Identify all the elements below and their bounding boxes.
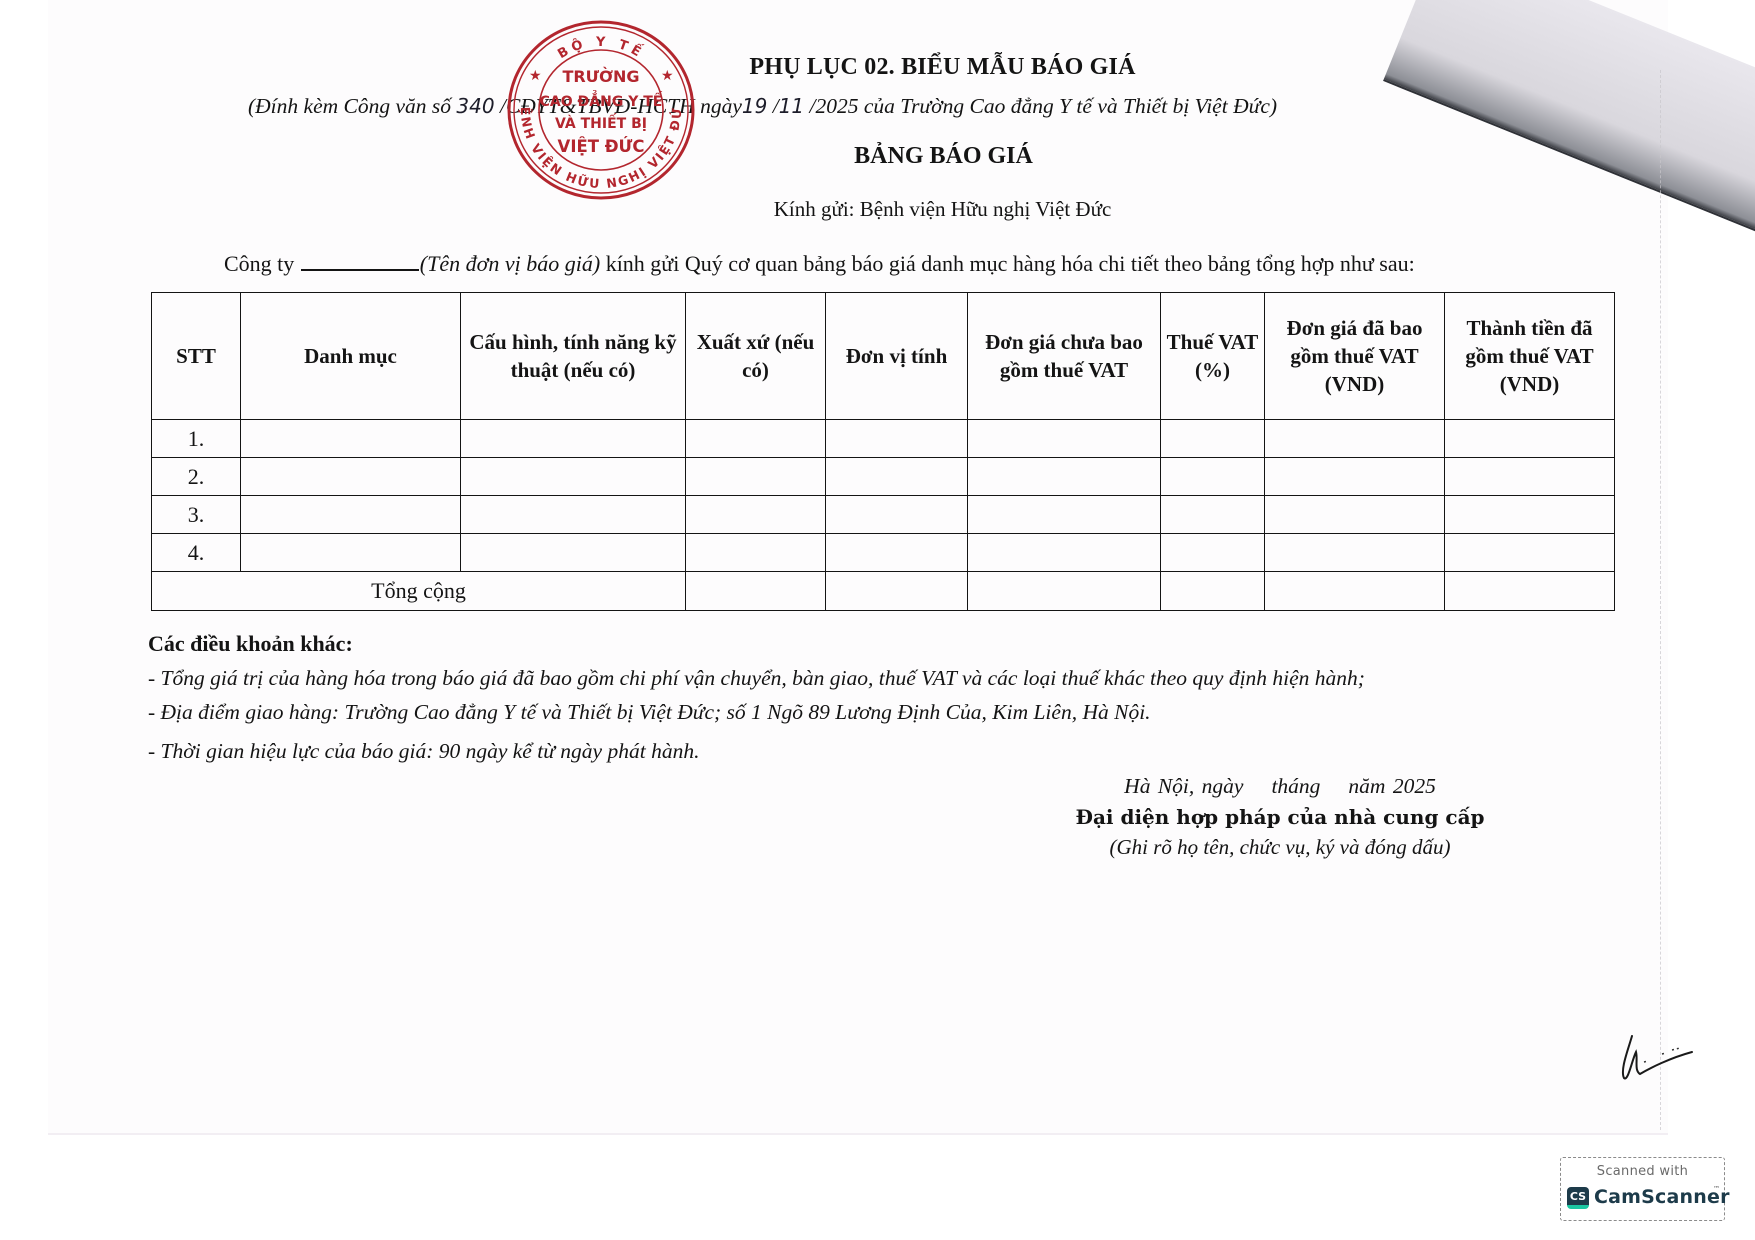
table-cell [241, 534, 461, 572]
header-stt: STT [152, 293, 241, 420]
table-cell [968, 458, 1161, 496]
table-cell [1161, 420, 1265, 458]
company-label: Công ty [224, 251, 300, 276]
attachment-prefix: (Đính kèm Công văn số [248, 94, 456, 118]
place-date-line: Hà Nội, ngàythángnăm 2025 [1030, 774, 1530, 799]
recipient-line: Kính gửi: Bệnh viện Hữu nghị Việt Đức [0, 197, 1755, 222]
table-cell [968, 534, 1161, 572]
term-item: - Thời gian hiệu lực của báo giá: 90 ngà… [148, 739, 699, 764]
intro-paragraph: Công ty (Tên đơn vị báo giá) kính gửi Qu… [224, 251, 1415, 277]
terms-heading: Các điều khoản khác: [148, 631, 353, 657]
row-stt: 4. [152, 534, 241, 572]
table-cell [1445, 458, 1615, 496]
header-origin: Xuất xứ (nếu có) [686, 293, 826, 420]
page-fold-line [1660, 70, 1661, 1130]
table-cell [461, 496, 686, 534]
appendix-title: PHỤ LỤC 02. BIỂU MẪU BÁO GIÁ [0, 54, 1755, 81]
official-stamp-icon: BỘ Y TẾ BỆNH VIỆN HỮU NGHỊ VIỆT ĐỨC ★ ★ … [505, 18, 697, 202]
table-cell [686, 420, 826, 458]
total-cell [968, 572, 1161, 611]
total-cell [1265, 572, 1445, 611]
table-cell [1445, 534, 1615, 572]
total-cell [826, 572, 968, 611]
table-header-row: STT Danh mục Cấu hình, tính năng kỹ thuậ… [152, 293, 1615, 420]
company-placeholder: (Tên đơn vị báo giá) [420, 251, 600, 276]
handwritten-month: 11 [779, 94, 804, 118]
table-cell [1161, 458, 1265, 496]
table-cell [826, 458, 968, 496]
header-unit-price-incl-vat: Đơn giá đã bao gồm thuế VAT (VND) [1265, 293, 1445, 420]
table-cell [968, 496, 1161, 534]
total-cell [1161, 572, 1265, 611]
table-cell [461, 534, 686, 572]
total-cell [686, 572, 826, 611]
signature-block: Hà Nội, ngàythángnăm 2025 Đại diện hợp p… [1030, 774, 1530, 860]
table-cell [1445, 496, 1615, 534]
header-total-incl-vat: Thành tiền đã gồm thuế VAT (VND) [1445, 293, 1615, 420]
svg-text:TRƯỜNG: TRƯỜNG [562, 67, 639, 86]
month-label: tháng [1271, 774, 1320, 798]
term-item: - Địa điểm giao hàng: Trường Cao đẳng Y … [148, 700, 1151, 725]
table-cell [826, 496, 968, 534]
header-unit-price-excl-vat: Đơn giá chưa bao gồm thuế VAT [968, 293, 1161, 420]
table-row: 1. [152, 420, 1615, 458]
table-cell [241, 496, 461, 534]
signatory-role: Đại diện hợp pháp của nhà cung cấp [1030, 805, 1530, 829]
handwritten-initial-icon [1610, 1030, 1700, 1090]
row-stt: 2. [152, 458, 241, 496]
svg-text:★: ★ [529, 68, 542, 84]
table-cell [1265, 534, 1445, 572]
table-row: 4. [152, 534, 1615, 572]
attachment-suffix: /2025 của Trường Cao đẳng Y tế và Thiết … [804, 94, 1277, 118]
table-cell [968, 420, 1161, 458]
year-label: năm 2025 [1348, 774, 1435, 798]
scanned-with-label: Scanned with [1561, 1164, 1724, 1179]
signature-instructions: (Ghi rõ họ tên, chức vụ, ký và đóng dấu) [1030, 835, 1530, 860]
header-specification: Cấu hình, tính năng kỹ thuật (nếu có) [461, 293, 686, 420]
table-cell [826, 420, 968, 458]
table-cell [461, 458, 686, 496]
handwritten-day: 19 [742, 94, 767, 118]
svg-text:★: ★ [661, 68, 674, 84]
table-cell [1445, 420, 1615, 458]
term-item: - Tổng giá trị của hàng hóa trong báo gi… [148, 666, 1365, 691]
svg-text:VÀ THIẾT BỊ: VÀ THIẾT BỊ [555, 113, 647, 132]
quote-table: STT Danh mục Cấu hình, tính năng kỹ thuậ… [151, 292, 1615, 611]
camscanner-watermark: Scanned with CS CamScanner ™ [1560, 1157, 1725, 1221]
table-cell [1161, 496, 1265, 534]
date-separator: / [767, 94, 778, 118]
header-unit: Đơn vị tính [826, 293, 968, 420]
camscanner-brand: CamScanner [1594, 1186, 1730, 1208]
trademark-mark: ™ [1713, 1185, 1720, 1193]
svg-text:BỘ Y TẾ: BỘ Y TẾ [555, 35, 647, 62]
table-cell [686, 496, 826, 534]
row-stt: 3. [152, 496, 241, 534]
total-row: Tổng cộng [152, 572, 1615, 611]
table-cell [686, 534, 826, 572]
svg-text:CAO ĐẲNG Y TẾ: CAO ĐẲNG Y TẾ [540, 90, 663, 110]
handwritten-doc-number: 340 [456, 94, 494, 118]
table-cell [1265, 458, 1445, 496]
camscanner-logo-icon: CS [1567, 1187, 1589, 1209]
total-label: Tổng cộng [152, 572, 686, 611]
place-day: Hà Nội, ngày [1124, 774, 1243, 798]
table-cell [1265, 496, 1445, 534]
table-cell [686, 458, 826, 496]
intro-text: kính gửi Quý cơ quan bảng báo giá danh m… [600, 251, 1415, 276]
table-cell [826, 534, 968, 572]
table-row: 3. [152, 496, 1615, 534]
table-cell [241, 420, 461, 458]
header-category: Danh mục [241, 293, 461, 420]
table-cell [241, 458, 461, 496]
table-cell [1161, 534, 1265, 572]
table-row: 2. [152, 458, 1615, 496]
svg-text:VIỆT ĐỨC: VIỆT ĐỨC [558, 136, 645, 156]
table-cell [1265, 420, 1445, 458]
header-vat-rate: Thuế VAT (%) [1161, 293, 1265, 420]
row-stt: 1. [152, 420, 241, 458]
attachment-note: (Đính kèm Công văn số 340 /CĐYT&TBVĐ-HCT… [248, 94, 1277, 119]
company-name-blank [301, 251, 419, 271]
table-cell [461, 420, 686, 458]
total-cell [1445, 572, 1615, 611]
table-title: BẢNG BÁO GIÁ [0, 143, 1755, 170]
